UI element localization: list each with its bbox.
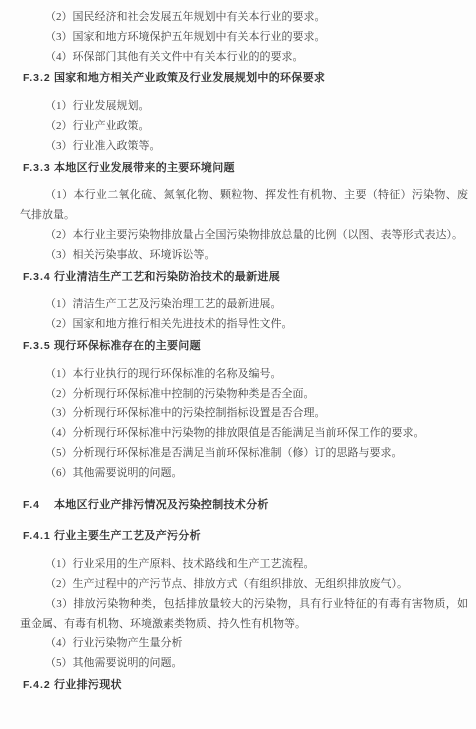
paragraph: （4）行业污染物产生量分析 — [20, 634, 468, 654]
paragraph: （2）国民经济和社会发展五年规划中有关本行业的要求。 — [20, 8, 468, 28]
section-number: F.4 — [23, 496, 54, 516]
section-heading: F.3.3本地区行业发展带来的主要环境问题 — [20, 159, 468, 179]
paragraph: （1）行业发展规划。 — [20, 97, 468, 117]
section-number: F.3.2 — [23, 69, 54, 89]
section-heading: F.3.4行业清洁生产工艺和污染防治技术的最新进展 — [20, 268, 468, 288]
section-title: 本地区行业产排污情况及污染控制技术分析 — [54, 499, 269, 511]
section-heading: F.4.2行业排污现状 — [20, 676, 468, 696]
section-title: 行业排污现状 — [54, 679, 122, 691]
paragraph: （1）清洁生产工艺及污染治理工艺的最新进展。 — [20, 295, 468, 315]
paragraph: （3）国家和地方环境保护五年规划中有关本行业的要求。 — [20, 28, 468, 48]
section-number: F.3.4 — [23, 268, 54, 288]
document-body: （2）国民经济和社会发展五年规划中有关本行业的要求。（3）国家和地方环境保护五年… — [20, 8, 468, 696]
paragraph: （5）分析现行环保标准是否满足当前环保标准制（修）订的思路与要求。 — [20, 444, 468, 464]
paragraph: （2）本行业主要污染物排放量占全国污染物排放总量的比例（以图、表等形式表达）。 — [20, 226, 468, 246]
section-number: F.3.3 — [23, 159, 54, 179]
paragraph: （2）国家和地方推行相关先进技术的指导性文件。 — [20, 315, 468, 335]
section-number: F.4.2 — [23, 676, 54, 696]
paragraph: （5）其他需要说明的问题。 — [20, 654, 468, 674]
section-number: F.3.5 — [23, 337, 54, 357]
paragraph: （3）行业准入政策等。 — [20, 137, 468, 157]
document-page: （2）国民经济和社会发展五年规划中有关本行业的要求。（3）国家和地方环境保护五年… — [0, 0, 476, 729]
section-title: 本地区行业发展带来的主要环境问题 — [54, 162, 235, 174]
section-title: 行业主要生产工艺及产污分析 — [54, 530, 201, 542]
paragraph: （1）本行业执行的现行环保标准的名称及编号。 — [20, 365, 468, 385]
paragraph: （4）分析现行环保标准中污染物的排放限值是否能满足当前环保工作的要求。 — [20, 424, 468, 444]
paragraph: （2）分析现行环保标准中控制的污染物种类是否全面。 — [20, 385, 468, 405]
paragraph: （4）环保部门其他有关文件中有关本行业的的要求。 — [20, 48, 468, 68]
paragraph: （6）其他需要说明的问题。 — [20, 464, 468, 484]
section-heading: F.4本地区行业产排污情况及污染控制技术分析 — [20, 496, 468, 516]
section-title: 行业清洁生产工艺和污染防治技术的最新进展 — [54, 271, 280, 283]
paragraph: （1）本行业二氧化硫、氮氧化物、颗粒物、挥发性有机物、主要（特征）污染物、废气排… — [20, 186, 468, 226]
paragraph: （2）行业产业政策。 — [20, 117, 468, 137]
paragraph: （3）排放污染物种类，包括排放量较大的污染物，具有行业特征的有毒有害物质，如重金… — [20, 595, 468, 635]
section-title: 现行环保标准存在的主要问题 — [54, 340, 201, 352]
paragraph: （1）行业采用的生产原料、技术路线和生产工艺流程。 — [20, 555, 468, 575]
section-number: F.4.1 — [23, 527, 54, 547]
paragraph: （2）生产过程中的产污节点、排放方式（有组织排放、无组织排放废气）。 — [20, 575, 468, 595]
section-heading: F.3.5现行环保标准存在的主要问题 — [20, 337, 468, 357]
paragraph: （3）相关污染事故、环境诉讼等。 — [20, 246, 468, 266]
paragraph: （3）分析现行环保标准中的污染控制指标设置是否合理。 — [20, 404, 468, 424]
section-heading: F.3.2国家和地方相关产业政策及行业发展规划中的环保要求 — [20, 69, 468, 89]
section-title: 国家和地方相关产业政策及行业发展规划中的环保要求 — [54, 72, 325, 84]
section-heading: F.4.1行业主要生产工艺及产污分析 — [20, 527, 468, 547]
